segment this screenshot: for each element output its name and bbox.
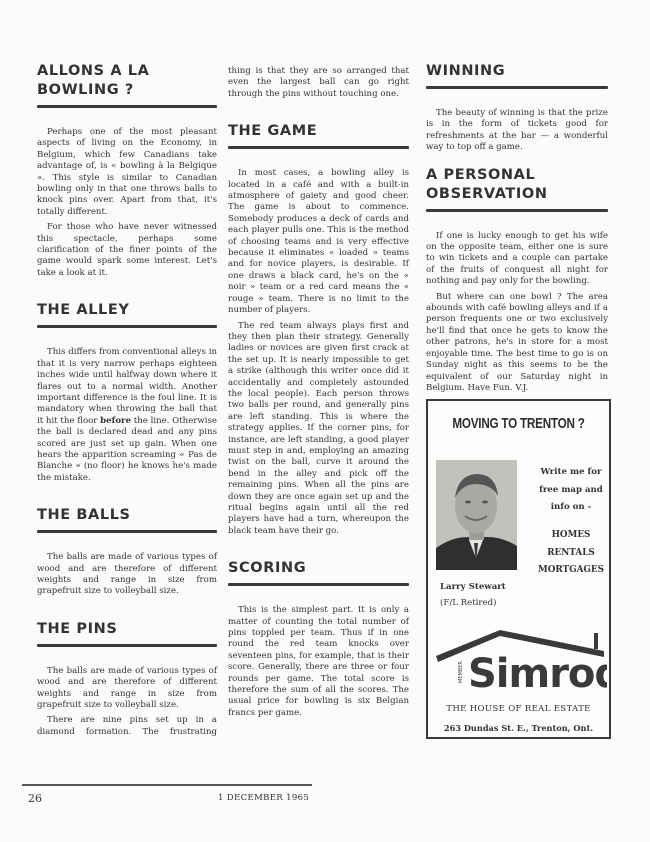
paragraph-continuation: thing is that they are so arranged that … xyxy=(228,66,409,100)
portrait-icon xyxy=(436,460,517,570)
column-2: thing is that they are so arranged that … xyxy=(228,66,409,719)
emphasis: before xyxy=(100,416,131,426)
alley-body: This differs from conventional alleys in… xyxy=(37,347,217,484)
service-item: RENTALS xyxy=(532,545,610,563)
section-heading-winning: WINNING xyxy=(426,62,608,81)
paragraph: The balls are made of various types of w… xyxy=(37,666,217,712)
svg-text:Simrod: Simrod xyxy=(468,651,607,696)
heading-rule xyxy=(426,86,608,89)
column-3: WINNING The beauty of winning is that th… xyxy=(426,62,608,394)
heading-rule xyxy=(228,146,409,149)
intro-body: Perhaps one of the most pleasant aspects… xyxy=(37,127,217,279)
paragraph: There are nine pins set up in a diamond … xyxy=(37,715,217,738)
paragraph: The beauty of winning is that the prize … xyxy=(426,108,608,154)
issue-date: 1 DECEMBER 1965 xyxy=(218,793,309,803)
simrod-logo: MEMBER Simrod xyxy=(432,621,607,696)
pins-body: The balls are made of various types of w… xyxy=(37,666,217,738)
paragraph: If one is lucky enough to get his wife o… xyxy=(426,231,608,288)
paragraph: This is the simplest part. It is only a … xyxy=(228,605,409,719)
column-1: ALLONS A LA BOWLING ? Perhaps one of the… xyxy=(37,62,217,738)
heading-rule xyxy=(37,105,217,108)
ad-pitch: Write me for free map and info on - xyxy=(532,464,610,517)
scoring-body: This is the simplest part. It is only a … xyxy=(228,605,409,719)
article-title: ALLONS A LA BOWLING ? xyxy=(37,62,217,100)
agent-name: Larry Stewart xyxy=(440,582,506,592)
heading-rule xyxy=(37,530,217,533)
svg-text:MEMBER: MEMBER xyxy=(458,661,464,683)
ad-address: 263 Dundas St. E., Trenton, Ont. xyxy=(428,723,609,733)
section-heading-personal-observation: A PERSONAL OBSERVATION xyxy=(426,166,608,204)
paragraph: For those who have never witnessed this … xyxy=(37,222,217,279)
service-item: HOMES xyxy=(532,527,610,545)
heading-rule xyxy=(37,644,217,647)
page-number: 26 xyxy=(28,792,42,805)
house-roof-logo-icon: MEMBER Simrod xyxy=(432,621,607,696)
paragraph: Perhaps one of the most pleasant aspects… xyxy=(37,127,217,218)
balls-body: The balls are made of various types of w… xyxy=(37,552,217,598)
paragraph: The balls are made of various types of w… xyxy=(37,552,217,598)
heading-rule xyxy=(426,209,608,212)
heading-rule xyxy=(37,325,217,328)
ad-tagline: THE HOUSE OF REAL ESTATE xyxy=(428,704,609,714)
paragraph: But where can one bowl ? The area abound… xyxy=(426,292,608,395)
heading-rule xyxy=(228,583,409,586)
observation-body: If one is lucky enough to get his wife o… xyxy=(426,231,608,395)
paragraph: This differs from conventional alleys in… xyxy=(37,347,217,484)
section-heading-the-pins: THE PINS xyxy=(37,620,217,639)
section-heading-the-balls: THE BALLS xyxy=(37,506,217,525)
ad-headline: MOVING TO TRENTON ? xyxy=(448,415,589,432)
real-estate-advertisement: MOVING TO TRENTON ? Write me for free ma… xyxy=(426,399,611,739)
service-item: MORTGAGES xyxy=(532,562,610,580)
section-heading-scoring: SCORING xyxy=(228,559,409,578)
section-heading-the-alley: THE ALLEY xyxy=(37,301,217,320)
section-heading-the-game: THE GAME xyxy=(228,122,409,141)
paragraph: The red team always plays first and they… xyxy=(228,321,409,538)
agent-title: (F/L Retired) xyxy=(440,598,496,608)
winning-body: The beauty of winning is that the prize … xyxy=(426,108,608,154)
agent-portrait-photo xyxy=(436,460,517,570)
ad-services-list: HOMES RENTALS MORTGAGES xyxy=(532,527,610,580)
paragraph: In most cases, a bowling alley is locate… xyxy=(228,168,409,316)
game-body: In most cases, a bowling alley is locate… xyxy=(228,168,409,537)
footer-rule xyxy=(22,784,312,786)
